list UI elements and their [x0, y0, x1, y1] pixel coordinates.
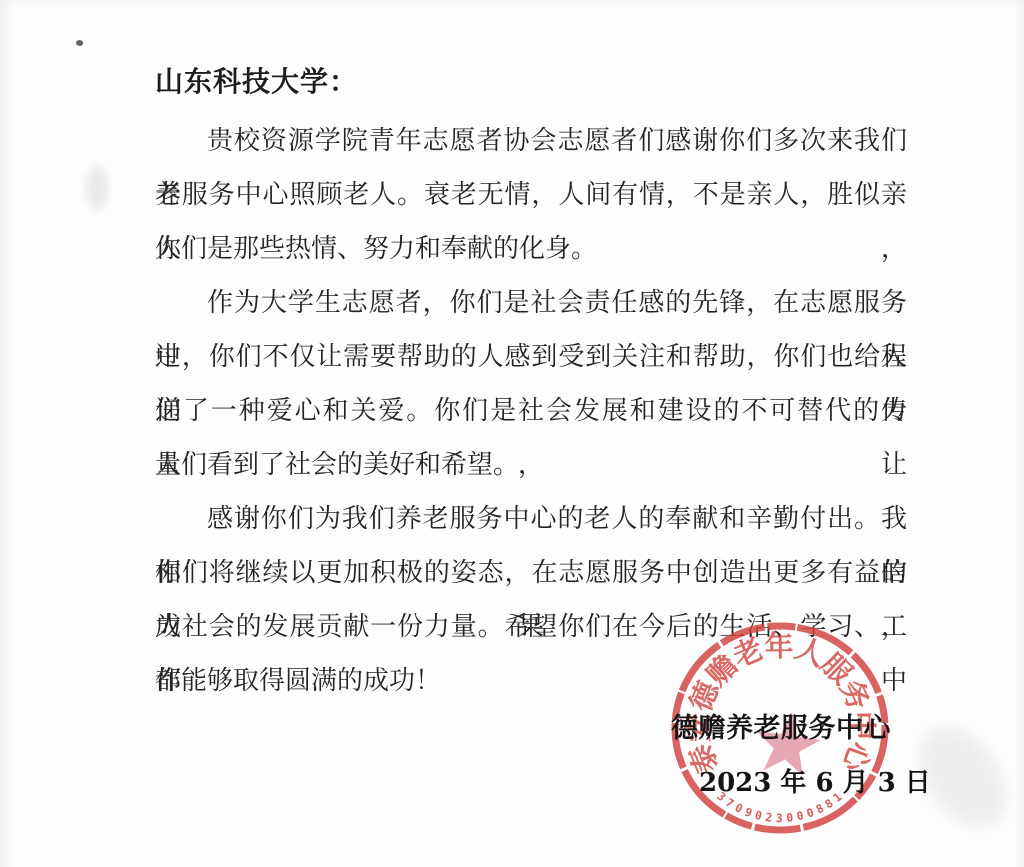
body-line: 中，你们不仅让需要帮助的人感到受到关注和帮助，你们也给人们传 — [155, 330, 907, 384]
body-line: 递了一种爱心和关爱。你们是社会发展和建设的不可替代的力量，让 — [155, 384, 907, 438]
body-line: 老服务中心照顾老人。衰老无情，人间有情，不是亲人，胜似亲人， — [155, 168, 907, 222]
body-line: 感谢你们为我们养老服务中心的老人的奉献和辛勤付出。我相信 — [155, 492, 907, 546]
scan-smudge — [86, 166, 108, 210]
signature-date: 2023 年 6 月 3 日 — [699, 762, 931, 799]
scan-speck — [75, 39, 84, 47]
body-line: 你们将继续以更加积极的姿态，在志愿服务中创造出更多有益的成果， — [155, 546, 907, 600]
body-line: 贵校资源学院青年志愿者协会志愿者们感谢你们多次来我们养 — [155, 114, 907, 168]
signature-name: 德赡养老服务中心 — [671, 706, 891, 745]
body-line: 作为大学生志愿者，你们是社会责任感的先锋，在志愿服务过程 — [155, 276, 907, 330]
letter-recipient: 山东科技大学： — [155, 60, 358, 100]
